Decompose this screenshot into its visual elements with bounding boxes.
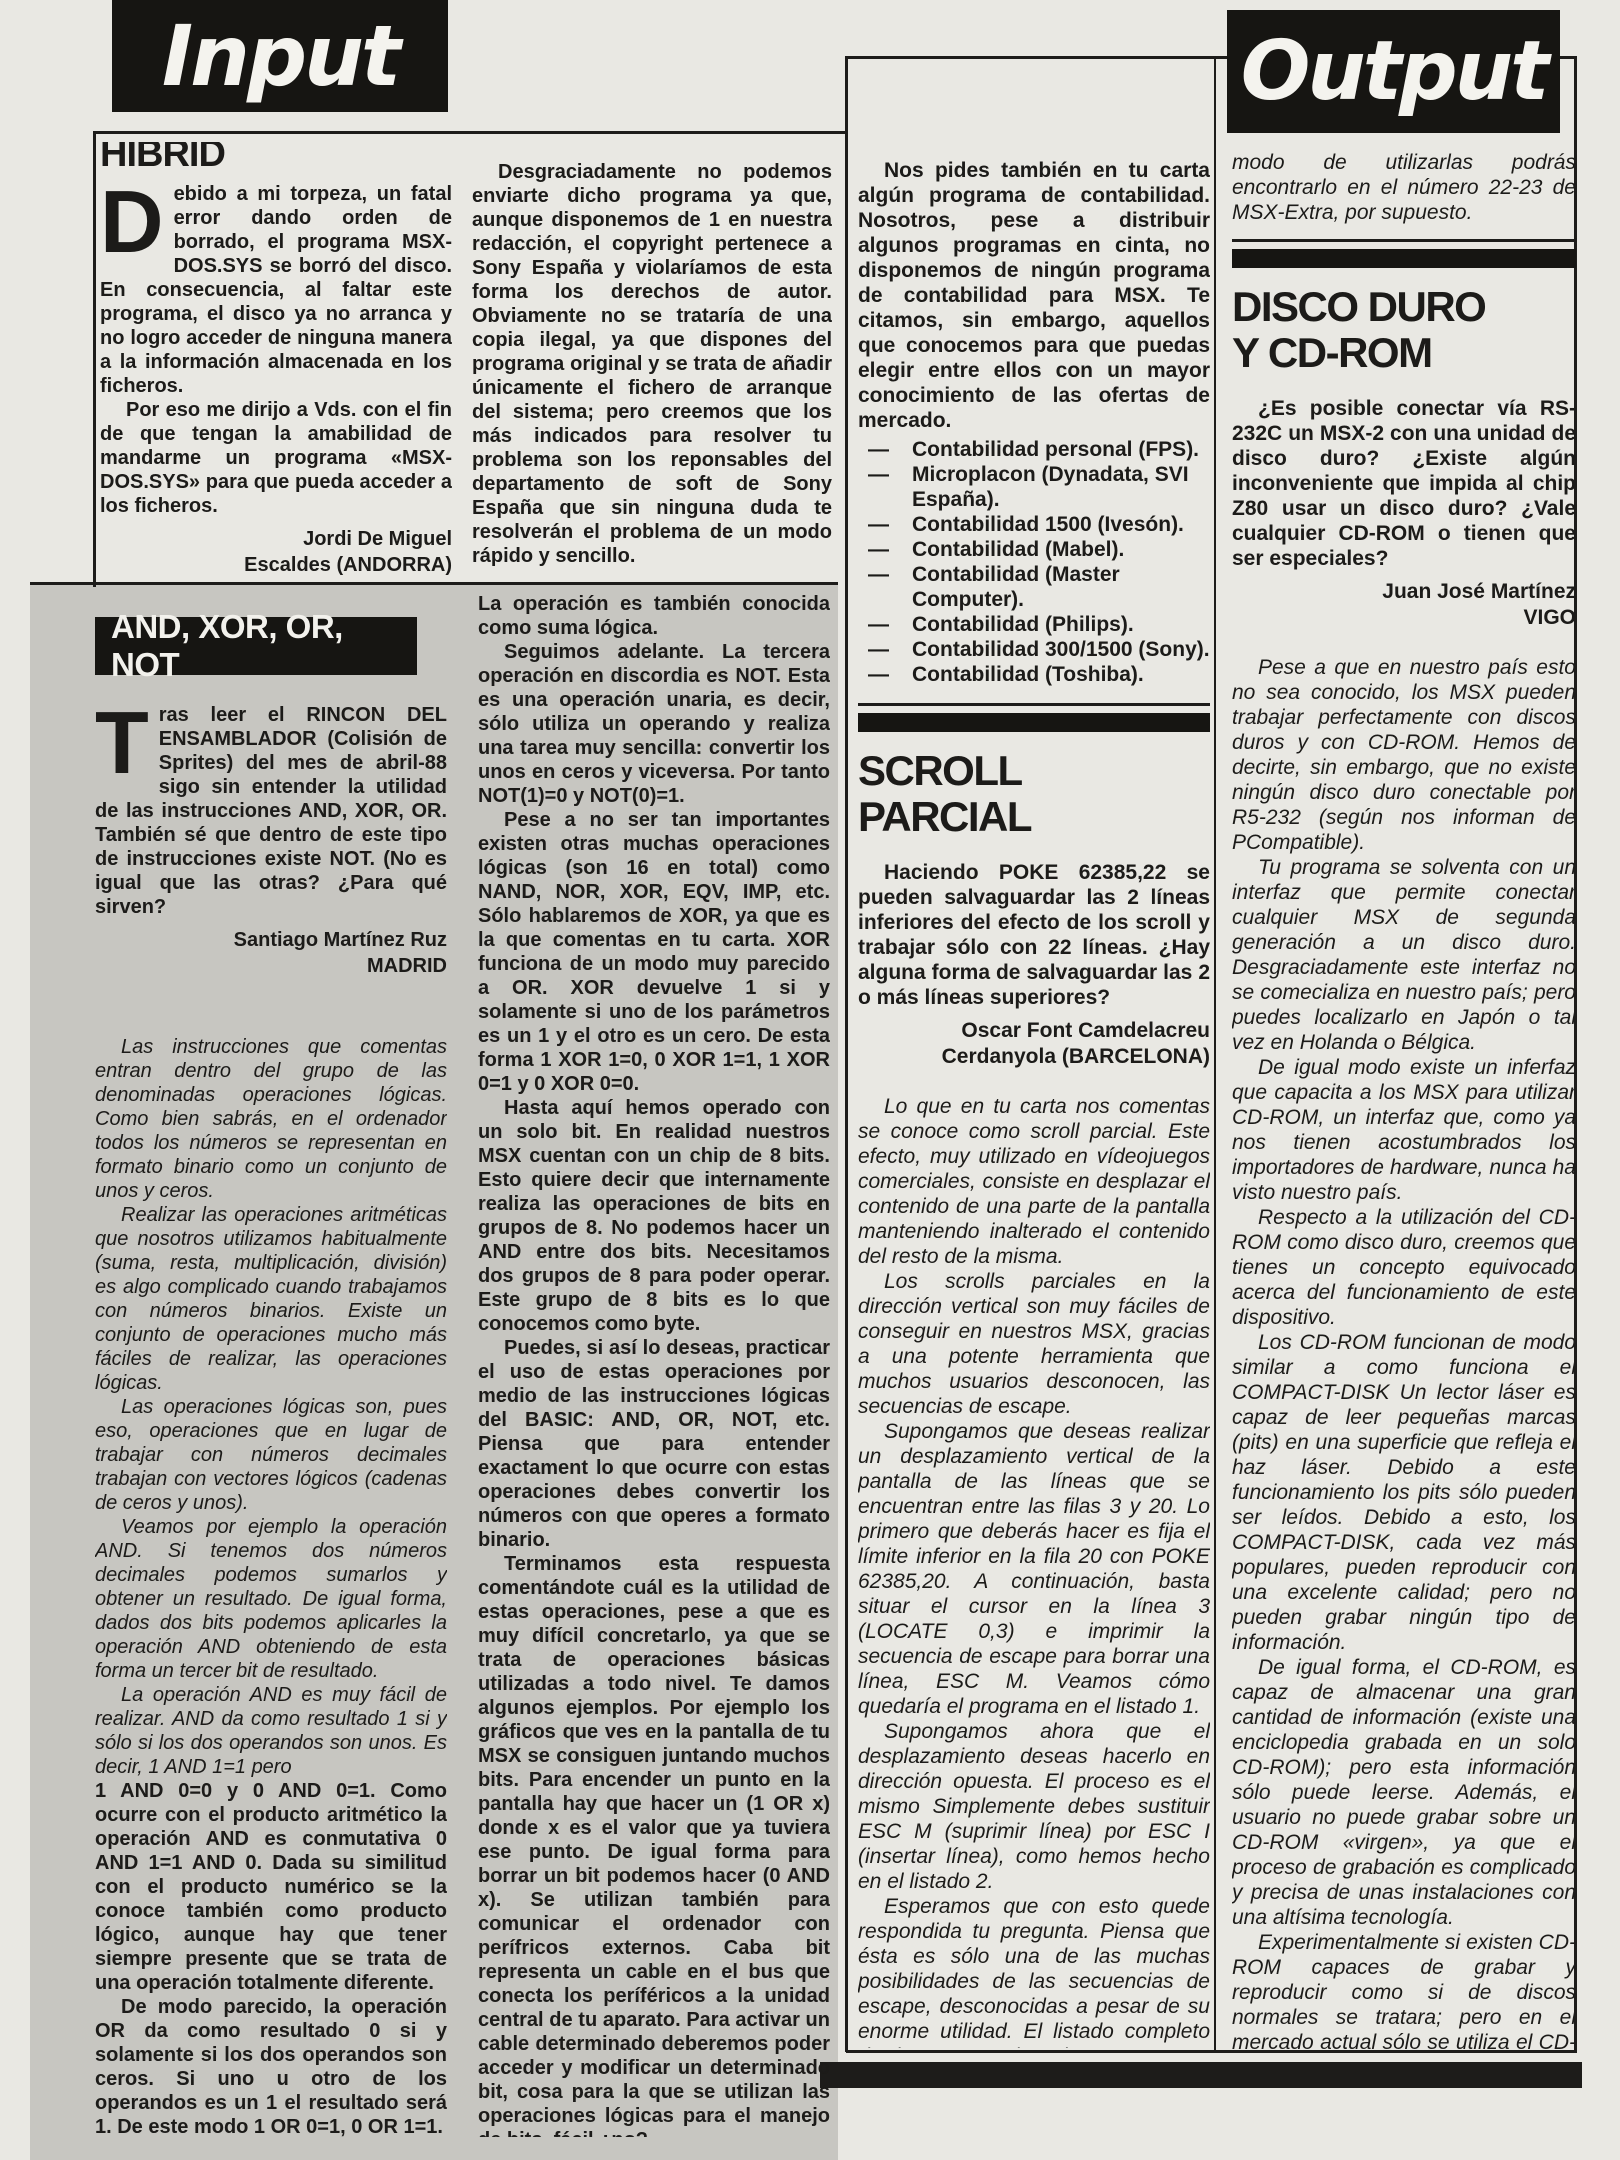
disco-duro-question: ¿Es posible conectar vía RS-232C un MSX-… bbox=[1232, 396, 1576, 571]
body-paragraph: De igual modo existe un inferfaz que cap… bbox=[1232, 1055, 1576, 1205]
andxor-question-paragraph: Tras leer el RINCON DEL ENSAMBLADOR (Col… bbox=[95, 703, 447, 919]
list-item: — Contabilidad (Master Computer). bbox=[858, 562, 1210, 612]
body-paragraph: Seguimos adelante. La tercera operación … bbox=[478, 640, 830, 808]
body-paragraph: De modo parecido, la operación OR da com… bbox=[95, 1995, 447, 2139]
body-paragraph: Nos pides también en tu carta algún prog… bbox=[858, 158, 1210, 433]
disco-duro-answer: Pese a que en nuestro país esto no sea c… bbox=[1232, 655, 1576, 2050]
hibrid-signature: Jordi De Miguel Escaldes (ANDORRA) bbox=[100, 526, 452, 578]
body-paragraph: Experimentalmente si existen CD-ROM capa… bbox=[1232, 1930, 1576, 2050]
output-masthead: Output bbox=[1227, 10, 1560, 133]
dash-marker: — bbox=[868, 512, 889, 537]
list-item: — Microplacon (Dynadata, SVI España). bbox=[858, 462, 1210, 512]
section-divider bbox=[858, 703, 1210, 732]
andxor-answer-col1: Las instrucciones que comentas entran de… bbox=[95, 1035, 447, 2139]
frame-rule-bottom-bar bbox=[820, 2062, 1582, 2088]
body-paragraph: Esperamos que con esto quede respondida … bbox=[858, 1894, 1210, 2048]
body-paragraph: Desgraciadamente no podemos enviarte dic… bbox=[472, 160, 832, 568]
title-line: PARCIAL bbox=[858, 794, 1210, 840]
body-paragraph: Realizar las operaciones aritméticas que… bbox=[95, 1203, 447, 1395]
dash-marker: — bbox=[868, 437, 889, 462]
section-divider bbox=[1232, 239, 1576, 268]
list-item-text: Contabilidad (Mabel). bbox=[912, 538, 1124, 561]
dash-marker: — bbox=[868, 562, 889, 587]
hibrid-dropcap: D bbox=[100, 186, 164, 258]
list-item-text: Contabilidad (Master Computer). bbox=[912, 563, 1120, 611]
body-paragraph: Los scrolls parciales en la dirección ve… bbox=[858, 1269, 1210, 1419]
section-column-3: Nos pides también en tu carta algún prog… bbox=[858, 158, 1210, 2048]
andxor-header: AND, XOR, OR, NOT bbox=[95, 617, 417, 675]
output-leadin-paragraph: modo de utilizarlas podrás encontrarlo e… bbox=[1232, 150, 1576, 225]
body-paragraph: Supongamos que deseas realizar un despla… bbox=[858, 1419, 1210, 1719]
disco-duro-signature: Juan José Martínez VIGO bbox=[1232, 579, 1576, 631]
title-line: DISCO DURO bbox=[1232, 284, 1576, 330]
section-hibrid-answer: Desgraciadamente no podemos enviarte dic… bbox=[472, 160, 832, 578]
signature-place: VIGO bbox=[1232, 605, 1576, 631]
body-paragraph: La operación es también conocida como su… bbox=[478, 592, 830, 640]
signature-name: Oscar Font Camdelacreu bbox=[858, 1018, 1210, 1044]
body-paragraph: 1 AND 0=0 y 0 AND 0=1. Como ocurre con e… bbox=[95, 1779, 447, 1995]
list-item: — Contabilidad 300/1500 (Sony). bbox=[858, 637, 1210, 662]
signature-place: Escaldes (ANDORRA) bbox=[100, 552, 452, 578]
body-paragraph: Pese a no ser tan importantes existen ot… bbox=[478, 808, 830, 1096]
frame-rule-center-vertical bbox=[845, 56, 848, 2052]
contabilidad-list: — Contabilidad personal (FPS). — Micropl… bbox=[858, 437, 1210, 687]
frame-rule-top-right bbox=[846, 56, 1227, 59]
section-hibrid: HIBRID Debido a mi torpeza, un fatal err… bbox=[100, 142, 452, 580]
list-item-text: Microplacon (Dynadata, SVI España). bbox=[912, 463, 1189, 511]
body-paragraph: Hasta aquí hemos operado con un solo bit… bbox=[478, 1096, 830, 1336]
input-masthead-label: Input bbox=[162, 7, 398, 105]
disco-duro-title: DISCO DUROY CD-ROM bbox=[1232, 284, 1576, 376]
dash-marker: — bbox=[868, 462, 889, 487]
section-andxor-col2: La operación es también conocida como su… bbox=[478, 592, 830, 2137]
body-paragraph: Terminamos esta respuesta comentándote c… bbox=[478, 1552, 830, 2137]
list-item: — Contabilidad (Philips). bbox=[858, 612, 1210, 637]
output-masthead-label: Output bbox=[1241, 24, 1547, 119]
frame-rule-top-left bbox=[93, 131, 846, 134]
scroll-question: Haciendo POKE 62385,22 se pueden salvagu… bbox=[858, 860, 1210, 1010]
body-paragraph: La operación AND es muy fácil de realiza… bbox=[95, 1683, 447, 1779]
dash-marker: — bbox=[868, 637, 889, 662]
dash-marker: — bbox=[868, 612, 889, 637]
signature-place: MADRID bbox=[95, 953, 447, 979]
contabilidad-answer: Nos pides también en tu carta algún prog… bbox=[858, 158, 1210, 433]
signature-name: Jordi De Miguel bbox=[100, 526, 452, 552]
title-line: SCROLL bbox=[858, 748, 1210, 794]
section-andxor-col1: Tras leer el RINCON DEL ENSAMBLADOR (Col… bbox=[95, 703, 447, 2148]
dash-marker: — bbox=[868, 537, 889, 562]
body-paragraph: Pese a que en nuestro país esto no sea c… bbox=[1232, 655, 1576, 855]
body-paragraph: Tu programa se solventa con un interfaz … bbox=[1232, 855, 1576, 1055]
section-column-4: modo de utilizarlas podrás encontrarlo e… bbox=[1232, 150, 1576, 2050]
body-paragraph: Las operaciones lógicas son, pues eso, o… bbox=[95, 1395, 447, 1515]
hibrid-intro-paragraph: Debido a mi torpeza, un fatal error dand… bbox=[100, 182, 452, 398]
scroll-signature: Oscar Font Camdelacreu Cerdanyola (BARCE… bbox=[858, 1018, 1210, 1070]
andxor-header-label: AND, XOR, OR, NOT bbox=[111, 608, 417, 684]
list-item-text: Contabilidad (Toshiba). bbox=[912, 663, 1144, 686]
signature-place: Cerdanyola (BARCELONA) bbox=[858, 1044, 1210, 1070]
list-item-text: Contabilidad 1500 (Ivesón). bbox=[912, 513, 1184, 536]
signature-name: Juan José Martínez bbox=[1232, 579, 1576, 605]
body-paragraph: Los CD-ROM funcionan de modo similar a c… bbox=[1232, 1330, 1576, 1655]
frame-rule-left-vertical bbox=[93, 131, 96, 587]
body-paragraph: Respecto a la utilización del CD-ROM com… bbox=[1232, 1205, 1576, 1330]
list-item: — Contabilidad (Mabel). bbox=[858, 537, 1210, 562]
signature-name: Santiago Martínez Ruz bbox=[95, 927, 447, 953]
body-paragraph: Las instrucciones que comentas entran de… bbox=[95, 1035, 447, 1203]
list-item-text: Contabilidad 300/1500 (Sony). bbox=[912, 638, 1210, 661]
input-masthead: Input bbox=[112, 0, 448, 112]
list-item: — Contabilidad personal (FPS). bbox=[858, 437, 1210, 462]
body-paragraph: Puedes, si así lo deseas, practicar el u… bbox=[478, 1336, 830, 1552]
list-item: — Contabilidad 1500 (Ivesón). bbox=[858, 512, 1210, 537]
body-paragraph: De igual forma, el CD-ROM, es capaz de a… bbox=[1232, 1655, 1576, 1930]
body-paragraph: Lo que en tu carta nos comentas se conoc… bbox=[858, 1094, 1210, 1269]
magazine-page: Input Output HIBRID Debido a mi torpeza,… bbox=[0, 0, 1620, 2160]
body-paragraph: Veamos por ejemplo la operación AND. Si … bbox=[95, 1515, 447, 1683]
list-item-text: Contabilidad personal (FPS). bbox=[912, 438, 1199, 461]
andxor-dropcap: T bbox=[95, 707, 149, 779]
title-line: Y CD-ROM bbox=[1232, 330, 1576, 376]
scroll-parcial-title: SCROLLPARCIAL bbox=[858, 748, 1210, 840]
scroll-answer: Lo que en tu carta nos comentas se conoc… bbox=[858, 1094, 1210, 2048]
frame-rule-panel-top bbox=[30, 582, 838, 585]
frame-rule-col34-vertical bbox=[1214, 56, 1216, 2052]
frame-rule-bottom-thin bbox=[846, 2050, 1577, 2053]
hibrid-paragraph-2: Por eso me dirijo a Vds. con el fin de q… bbox=[100, 398, 452, 518]
dash-marker: — bbox=[868, 662, 889, 687]
andxor-signature: Santiago Martínez Ruz MADRID bbox=[95, 927, 447, 979]
body-paragraph: Supongamos ahora que el desplazamiento d… bbox=[858, 1719, 1210, 1894]
list-item-text: Contabilidad (Philips). bbox=[912, 613, 1134, 636]
hibrid-title: HIBRID bbox=[100, 142, 452, 166]
list-item: — Contabilidad (Toshiba). bbox=[858, 662, 1210, 687]
